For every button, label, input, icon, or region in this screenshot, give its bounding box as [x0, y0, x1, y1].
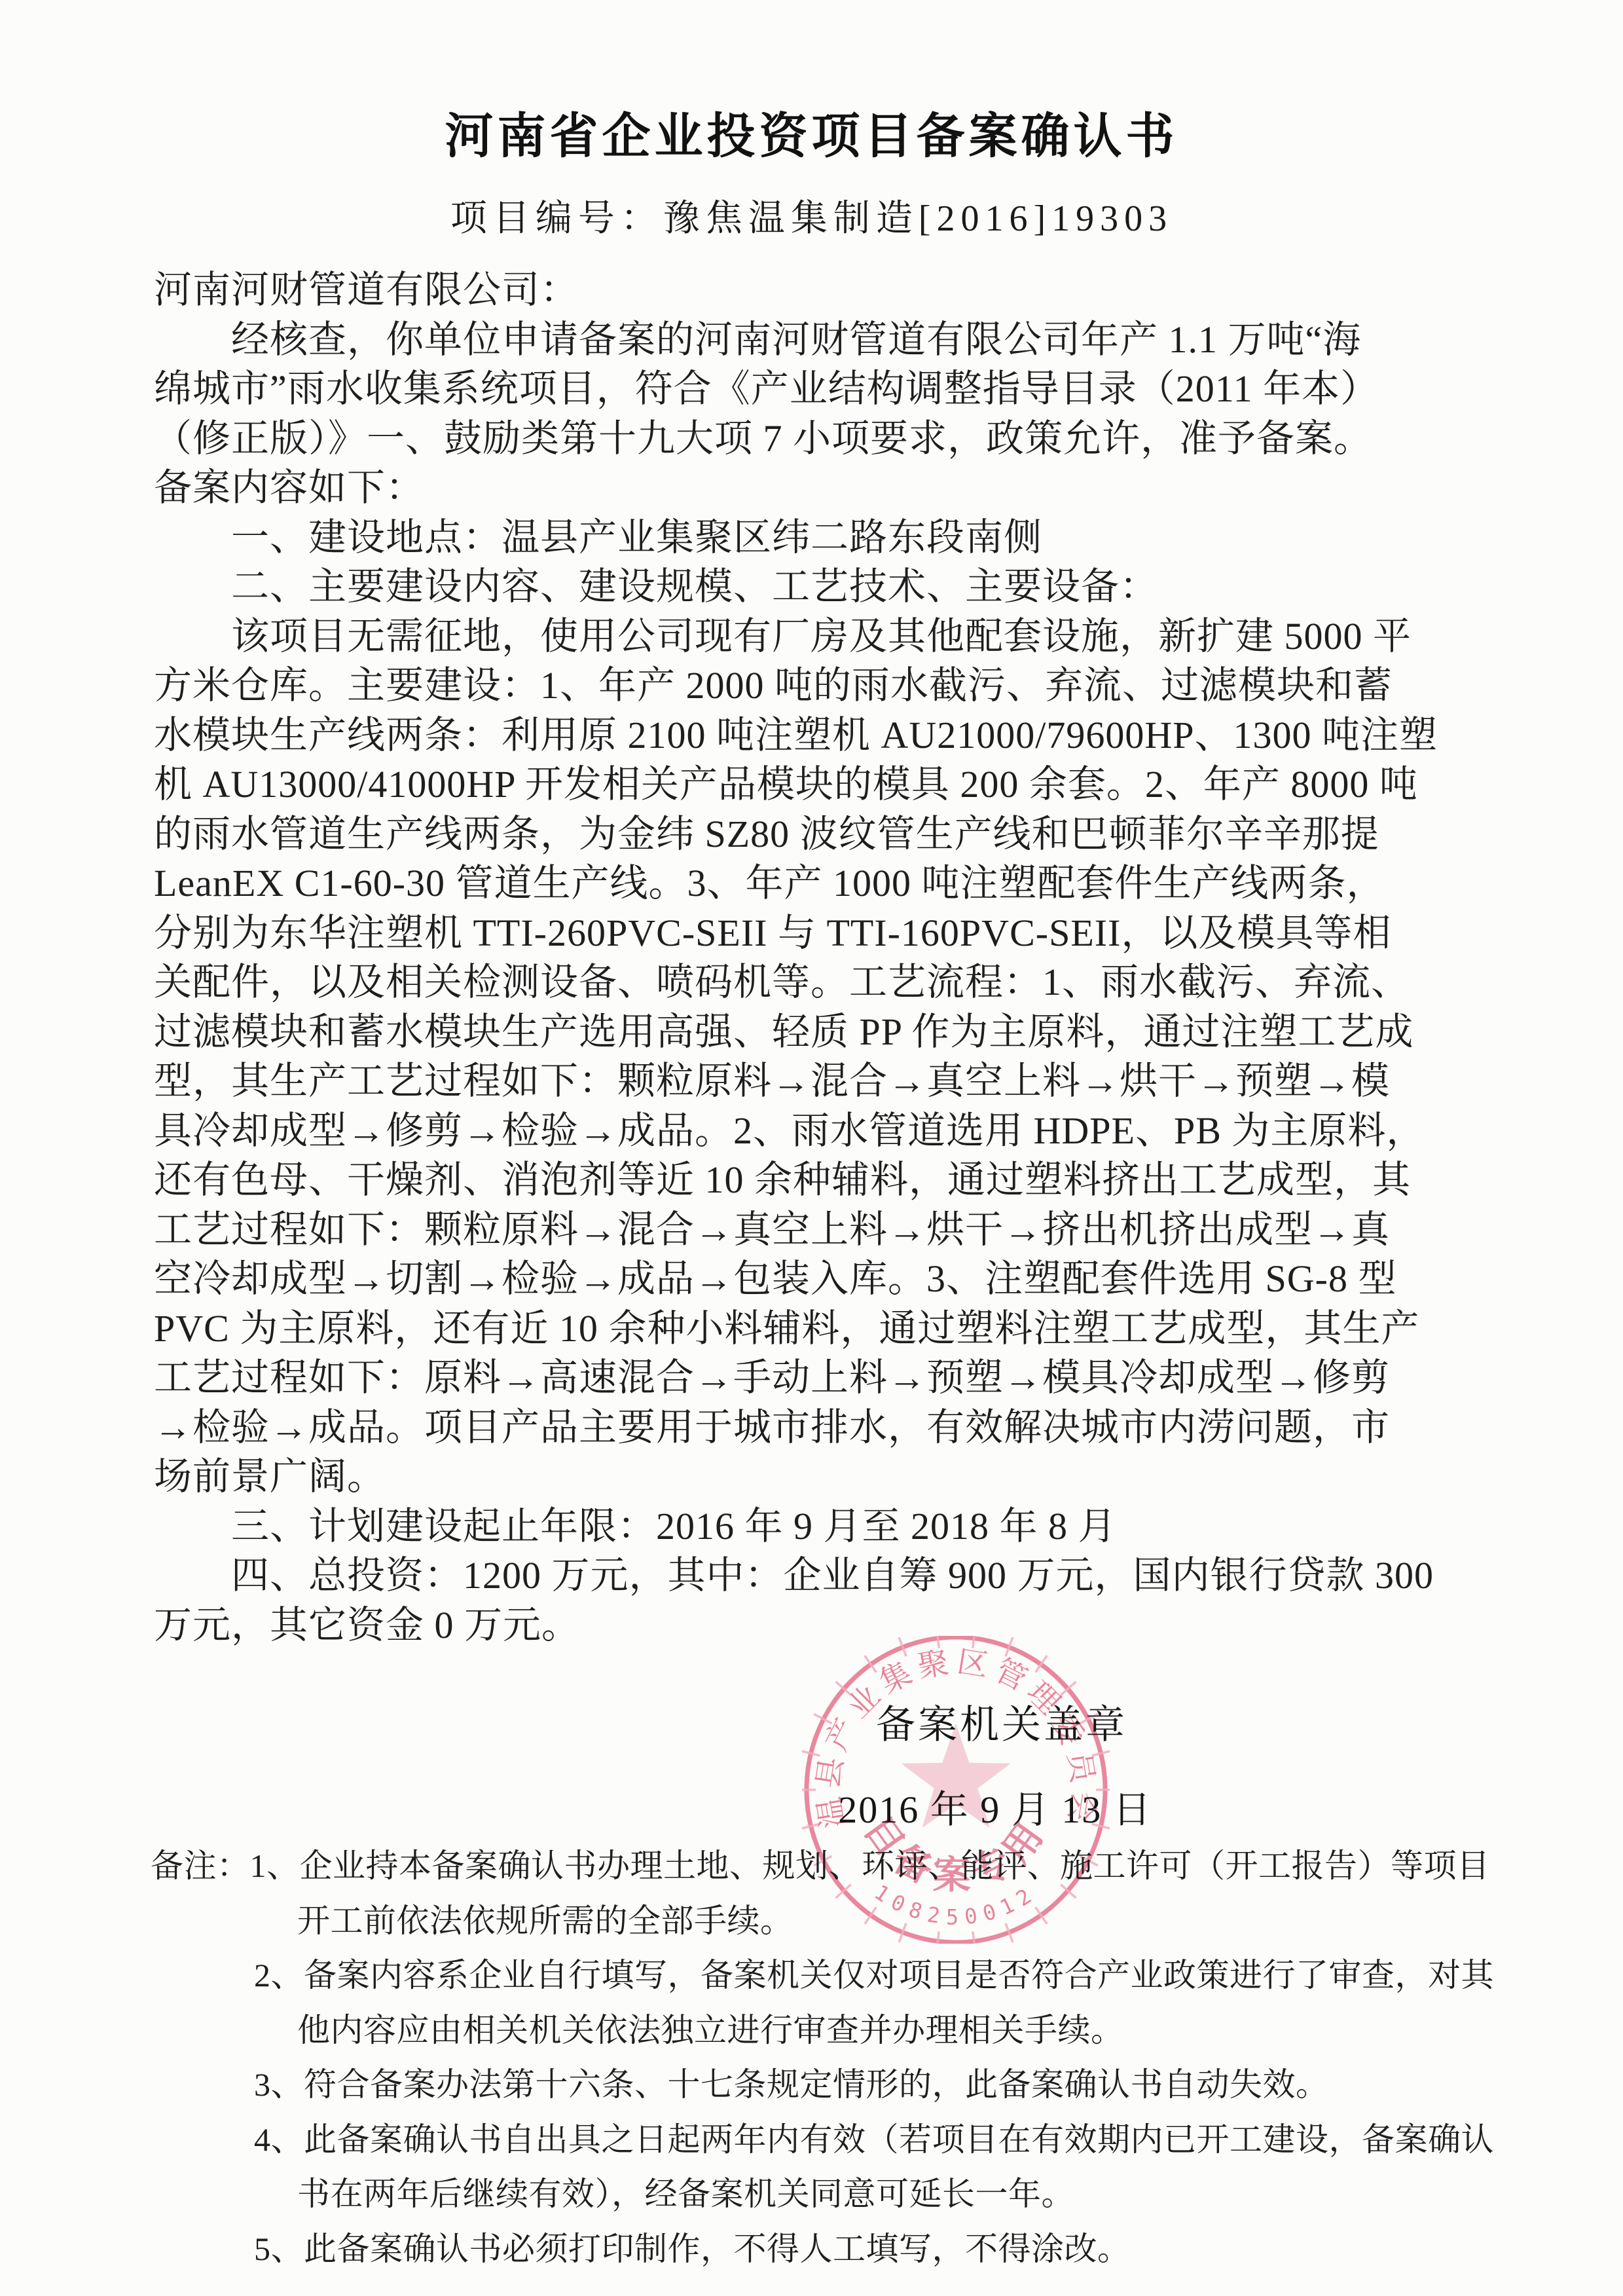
body-line: 备案内容如下：	[154, 463, 1475, 513]
note-line: 备注：1、企业持本备案确认书办理土地、规划、环评、能评、施工许可（开工报告）等项…	[151, 1839, 1506, 1894]
notes-section: 备注：1、企业持本备案确认书办理土地、规划、环评、能评、施工许可（开工报告）等项…	[151, 1839, 1506, 2276]
note-line: 3、符合备案办法第十六条、十七条规定情形的，此备案确认书自动失效。	[254, 2058, 1506, 2113]
body-line: 具冷却成型→修剪→检验→成品。2、雨水管道选用 HDPE、PB 为主原料，	[154, 1106, 1475, 1156]
body-line: 机 AU13000/41000HP 开发相关产品模块的模具 200 余套。2、年…	[154, 760, 1475, 809]
document-title: 河南省企业投资项目备案确认书	[0, 103, 1623, 169]
body-line: 二、主要建设内容、建设规模、工艺技术、主要设备：	[154, 562, 1475, 612]
project-number-line: 项目编号：豫焦温集制造[2016]19303	[0, 194, 1623, 244]
stamp-agency-caption: 备案机关盖章	[812, 1700, 1192, 1750]
body-line: 型，其生产工艺过程如下：颗粒原料→混合→真空上料→烘干→预塑→模	[154, 1056, 1475, 1106]
document-page: 河南省企业投资项目备案确认书 项目编号：豫焦温集制造[2016]19303 河南…	[0, 0, 1623, 2296]
document-body: 河南河财管道有限公司：经核查，你单位申请备案的河南河财管道有限公司年产 1.1 …	[154, 265, 1475, 1650]
body-line: 还有色母、干燥剂、消泡剂等近 10 余种辅料，通过塑料挤出工艺成型，其	[154, 1155, 1475, 1205]
body-line: 的雨水管道生产线两条，为金纬 SZ80 波纹管生产线和巴顿菲尔辛辛那提	[154, 809, 1475, 859]
body-line: PVC 为主原料，还有近 10 余种小料辅料，通过塑料注塑工艺成型，其生产	[154, 1304, 1475, 1354]
body-line: 该项目无需征地，使用公司现有厂房及其他配套设施，新扩建 5000 平	[154, 612, 1475, 661]
body-line: 过滤模块和蓄水模块生产选用高强、轻质 PP 作为主原料，通过注塑工艺成	[154, 1007, 1475, 1057]
body-line: （修正版）》一、鼓励类第十九大项 7 小项要求，政策允许，准予备案。	[154, 414, 1475, 464]
body-line: 工艺过程如下：颗粒原料→混合→真空上料→烘干→挤出机挤出成型→真	[154, 1205, 1475, 1255]
note-line: 2、备案内容系企业自行填写，备案机关仅对项目是否符合产业政策进行了审查，对其	[254, 1948, 1506, 2003]
body-line: 水模块生产线两条：利用原 2100 吨注塑机 AU21000/79600HP、1…	[154, 711, 1475, 760]
stamp-date: 2016 年 9 月 13 日	[795, 1785, 1195, 1835]
body-line: 绵城市”雨水收集系统项目，符合《产业结构调整指导目录（2011 年本）	[154, 364, 1475, 414]
note-line: 书在两年后继续有效），经备案机关同意可延长一年。	[297, 2167, 1506, 2222]
body-line: 三、计划建设起止年限：2016 年 9 月至 2018 年 8 月	[154, 1502, 1475, 1551]
body-line: →检验→成品。项目产品主要用于城市排水，有效解决城市内涝问题，市	[154, 1403, 1475, 1453]
body-line: 四、总投资：1200 万元，其中：企业自筹 900 万元，国内银行贷款 300	[154, 1551, 1475, 1601]
body-line: 分别为东华注塑机 TTI-260PVC-SEII 与 TTI-160PVC-SE…	[154, 908, 1475, 958]
body-line: 工艺过程如下：原料→高速混合→手动上料→预塑→模具冷却成型→修剪	[154, 1353, 1475, 1403]
body-line: 场前景广阔。	[154, 1452, 1475, 1502]
note-line: 4、此备案确认书自出具之日起两年内有效（若项目在有效期内已开工建设，备案确认	[254, 2113, 1506, 2168]
body-line: 关配件，以及相关检测设备、喷码机等。工艺流程：1、雨水截污、弃流、	[154, 957, 1475, 1007]
note-line: 5、此备案确认书必须打印制作，不得人工填写，不得涂改。	[254, 2222, 1506, 2277]
body-line: 方米仓库。主要建设：1、年产 2000 吨的雨水截污、弃流、过滤模块和蓄	[154, 661, 1475, 711]
body-line: 河南河财管道有限公司：	[154, 265, 1475, 315]
note-line: 他内容应由相关机关依法独立进行审查并办理相关手续。	[297, 2003, 1506, 2058]
body-line: LeanEX C1-60-30 管道生产线。3、年产 1000 吨注塑配套件生产…	[154, 859, 1475, 908]
body-line: 一、建设地点：温县产业集聚区纬二路东段南侧	[154, 513, 1475, 563]
body-line: 空冷却成型→切割→检验→成品→包装入库。3、注塑配套件选用 SG-8 型	[154, 1254, 1475, 1304]
body-line: 经核查，你单位申请备案的河南河财管道有限公司年产 1.1 万吨“海	[154, 315, 1475, 365]
note-line: 开工前依法依规所需的全部手续。	[297, 1894, 1506, 1949]
